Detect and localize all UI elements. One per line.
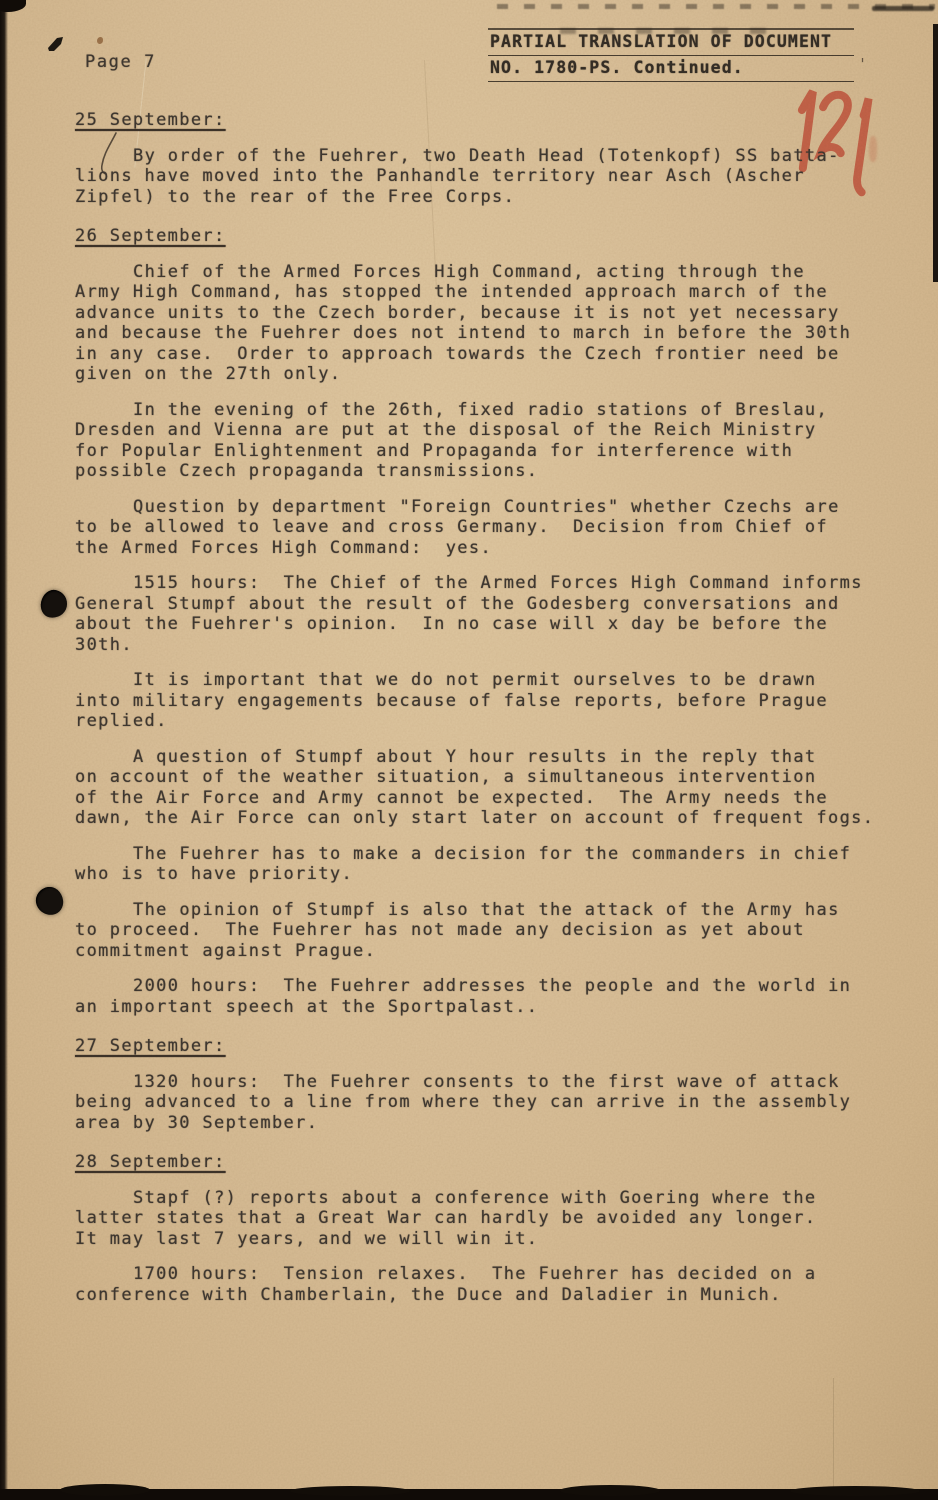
scan-edge-blotch (290, 1486, 410, 1496)
hole-punch-top (38, 588, 69, 621)
document-header: PARTIAL TRANSLATION OF DOCUMENT NO. 1780… (488, 28, 854, 82)
paragraph: 1515 hours: The Chief of the Armed Force… (75, 573, 920, 655)
header-title-line2: NO. 1780-PS. Continued. (488, 56, 854, 82)
paragraph: Chief of the Armed Forces High Command, … (75, 262, 920, 385)
typed-body: 25 September: By order of the Fuehrer, t… (75, 110, 920, 1305)
scan-corner-notch (0, 0, 26, 12)
bleedthrough-dashes (497, 4, 935, 9)
paragraph: 2000 hours: The Fuehrer addresses the pe… (75, 976, 920, 1017)
stray-tick-mark: ' (858, 55, 867, 73)
typed-page-number: Page 7 (85, 52, 156, 72)
paragraph: By order of the Fuehrer, two Death Head … (75, 146, 920, 208)
header-title-line1: PARTIAL TRANSLATION OF DOCUMENT (488, 28, 854, 56)
section-heading-28-september: 28 September: (75, 1152, 226, 1173)
paragraph: Stapf (?) reports about a conference wit… (75, 1188, 920, 1250)
section-heading-25-september: 25 September: (75, 110, 226, 131)
scan-edge-blotch (790, 1486, 920, 1496)
paragraph: 1700 hours: Tension relaxes. The Fuehrer… (75, 1264, 920, 1305)
paragraph: In the evening of the 26th, fixed radio … (75, 400, 920, 482)
paper-speck (97, 37, 103, 44)
bleedthrough-mark (872, 6, 934, 11)
scan-edge-blotch (60, 1484, 150, 1496)
scan-edge-blotch (560, 1485, 660, 1496)
hole-punch-bottom (34, 885, 65, 916)
paragraph: A question of Stumpf about Y hour result… (75, 747, 920, 829)
paragraph: Question by department "Foreign Countrie… (75, 497, 920, 559)
paper-crease (833, 1378, 834, 1490)
section-heading-27-september: 27 September: (75, 1036, 226, 1057)
scan-edge-right (933, 24, 938, 282)
paragraph: The Fuehrer has to make a decision for t… (75, 844, 920, 885)
scan-edge-left (0, 0, 8, 1500)
ink-blot (46, 36, 66, 58)
paragraph: The opinion of Stumpf is also that the a… (75, 900, 920, 962)
section-heading-26-september: 26 September: (75, 226, 226, 247)
scanned-document-page: Page 7 PARTIAL TRANSLATION OF DOCUMENT N… (0, 0, 938, 1500)
paragraph: 1320 hours: The Fuehrer consents to the … (75, 1072, 920, 1134)
paragraph: It is important that we do not permit ou… (75, 670, 920, 732)
